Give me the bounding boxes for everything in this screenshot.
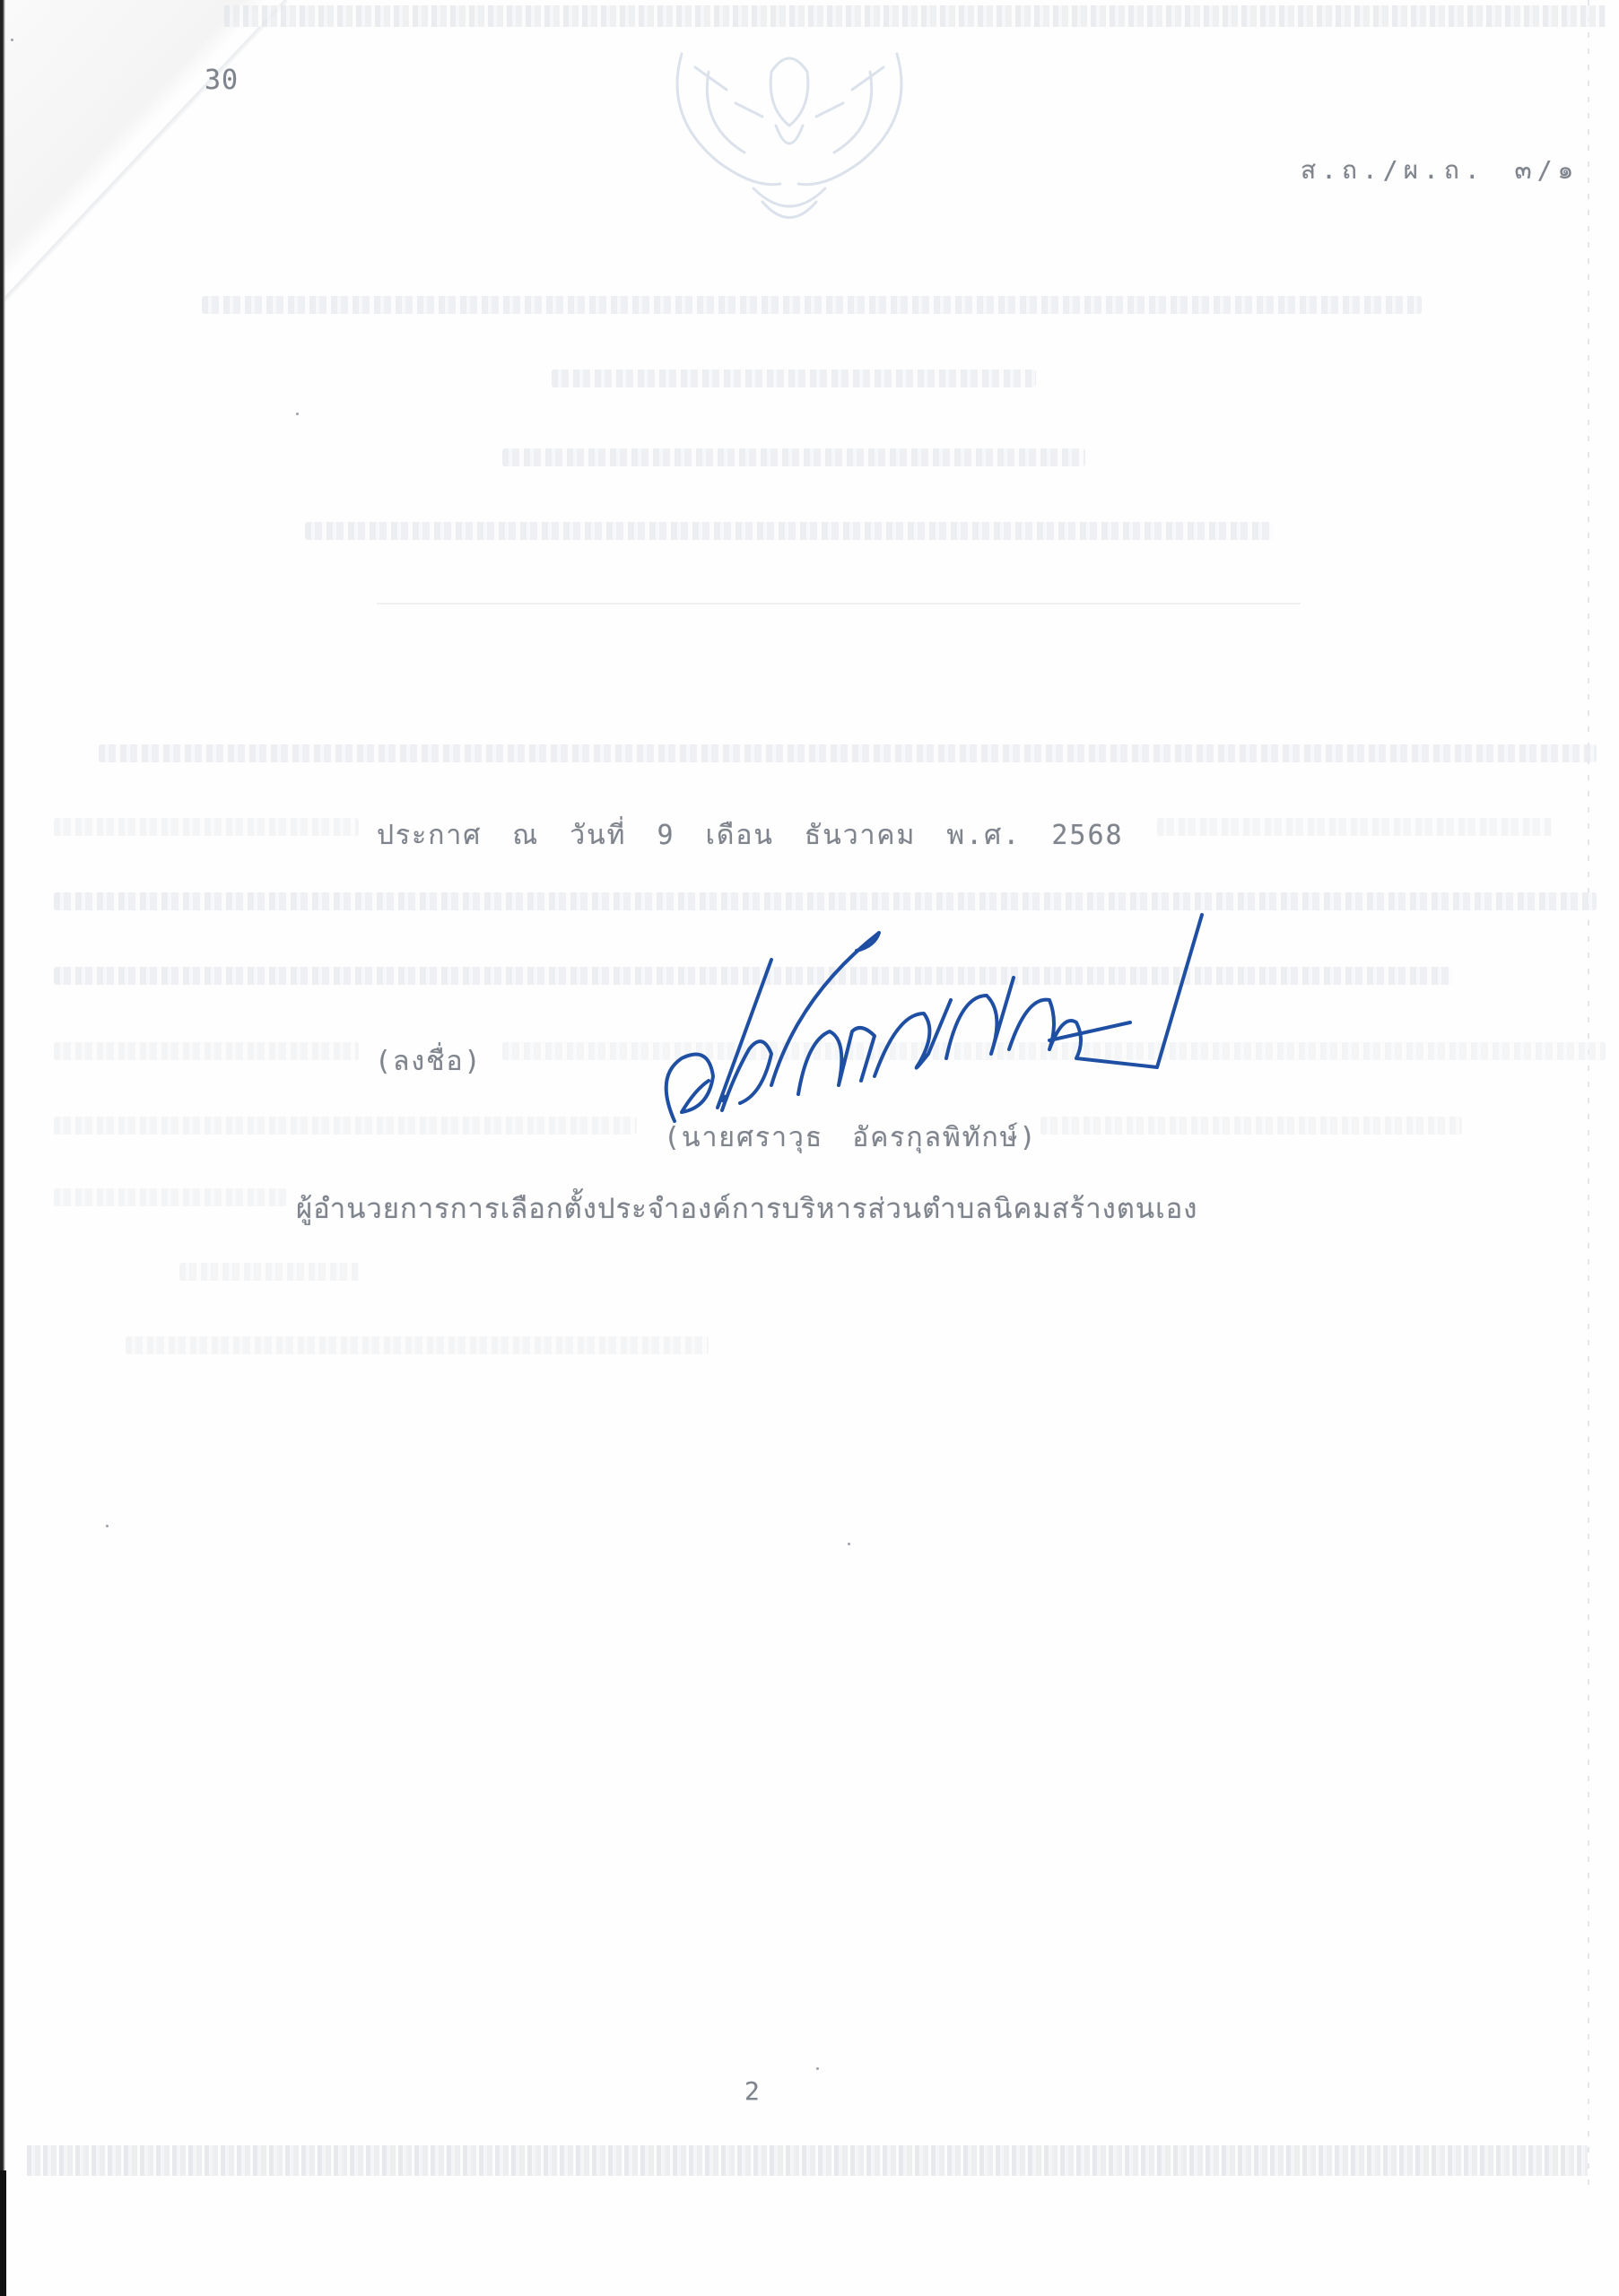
scan-edge-left (0, 0, 5, 2296)
signer-title: ผู้อำนวยการการเลือกตั้งประจำองค์การบริหา… (296, 1186, 1197, 1231)
scanned-document-page: 30 ส.ถ./ผ.ถ. ๓/๑ ประกาศ ณ วันที่ 9 เดือน… (0, 0, 1619, 2296)
bleed-through-line (54, 1042, 359, 1060)
bleed-through-line (502, 448, 1085, 466)
bleed-through-rule (377, 603, 1301, 604)
bleed-through-line (305, 522, 1274, 540)
bleed-through-bottom-band (27, 2145, 1588, 2176)
scan-speck (816, 2067, 819, 2070)
signer-name: (นายศราวุธ อัครกุลพิทักษ์) (664, 1117, 1038, 1159)
bleed-through-line (126, 1336, 709, 1354)
signed-label: (ลงชื่อ) (375, 1040, 483, 1083)
bleed-through-line (54, 818, 359, 836)
bleed-through-line (202, 296, 1422, 314)
corner-number: 30 (205, 65, 239, 96)
scan-edge-left-lower (0, 2170, 6, 2296)
right-fold-line (1588, 0, 1589, 2188)
bleed-through-line (99, 744, 1597, 762)
garuda-emblem-icon (646, 18, 933, 233)
fold-crease (0, 0, 287, 305)
handwritten-signature (628, 897, 1238, 1130)
announcement-date: ประกาศ ณ วันที่ 9 เดือน ธันวาคม พ.ศ. 256… (377, 814, 1124, 857)
scan-speck (11, 39, 13, 41)
page-number: 2 (744, 2076, 762, 2106)
bleed-through-line (179, 1263, 359, 1281)
bleed-through-line (54, 1117, 637, 1135)
scan-speck (296, 413, 299, 415)
form-code: ส.ถ./ผ.ถ. ๓/๑ (1301, 151, 1579, 190)
scan-speck (106, 1525, 109, 1527)
bleed-through-line (54, 1188, 287, 1206)
scan-speck (848, 1543, 850, 1545)
bleed-through-line (1157, 818, 1552, 836)
bleed-through-line (552, 370, 1036, 387)
